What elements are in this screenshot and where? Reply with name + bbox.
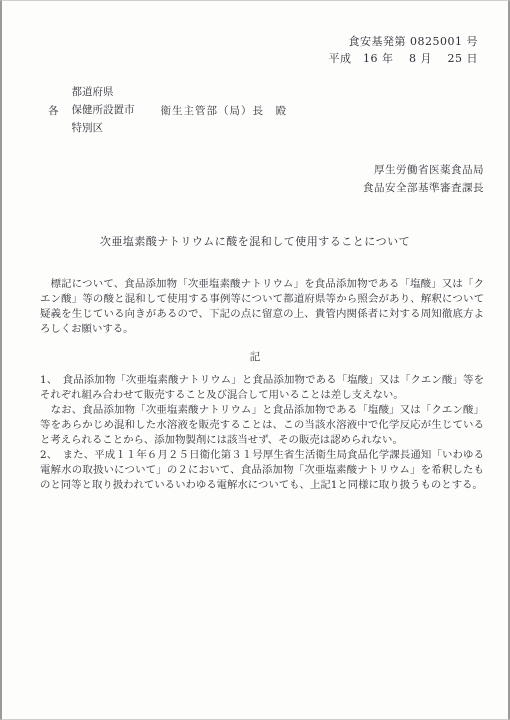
ki-mark: 記 bbox=[2, 349, 508, 364]
addressee-groups: 都道府県 保健所設置市 特別区 bbox=[72, 83, 135, 137]
addressee-group-wards: 特別区 bbox=[72, 119, 135, 137]
sender-division-chief: 食品安全部基準審査課長 bbox=[2, 179, 484, 197]
doc-number: 食安基発第 0825001 号 bbox=[2, 33, 478, 50]
document-title: 次亜塩素酸ナトリウムに酸を混和して使用することについて bbox=[22, 233, 488, 249]
notice-items: 1、 食品添加物「次亜塩素酸ナトリウム」と食品添加物である「塩酸」又は「クエン酸… bbox=[40, 373, 484, 493]
document-page: 食安基発第 0825001 号 平成 16 年 8 月 25 日 各 都道府県 … bbox=[0, 0, 510, 720]
addressee-suffix: 衛生主管部（局）長 殿 bbox=[161, 103, 288, 118]
sender-block: 厚生労働省医薬食品局 食品安全部基準審査課長 bbox=[2, 161, 484, 197]
addressee-group-cities: 保健所設置市 bbox=[72, 101, 135, 119]
sender-bureau: 厚生労働省医薬食品局 bbox=[2, 161, 484, 179]
item-2-paragraph: 2、 また、平成１１年６月２５日衛化第３１号厚生省生活衛生局食品化学課長通知「い… bbox=[40, 448, 484, 493]
addressee-block: 各 都道府県 保健所設置市 特別区 衛生主管部（局）長 殿 bbox=[48, 83, 508, 137]
document-header: 食安基発第 0825001 号 平成 16 年 8 月 25 日 bbox=[2, 33, 478, 67]
item-1-paragraph: 1、 食品添加物「次亜塩素酸ナトリウム」と食品添加物である「塩酸」又は「クエン酸… bbox=[40, 373, 484, 403]
body-intro-section: 標記について、食品添加物「次亜塩素酸ナトリウム」を食品添加物である「塩酸」又は「… bbox=[40, 277, 484, 337]
addressee-prefix: 各 bbox=[48, 103, 59, 118]
addressee-group-prefectures: 都道府県 bbox=[72, 83, 135, 101]
item-1-note-paragraph: なお、食品添加物「次亜塩素酸ナトリウム」と食品添加物である「塩酸」又は「クエン酸… bbox=[40, 403, 484, 448]
doc-date: 平成 16 年 8 月 25 日 bbox=[2, 50, 478, 67]
intro-paragraph: 標記について、食品添加物「次亜塩素酸ナトリウム」を食品添加物である「塩酸」又は「… bbox=[40, 277, 484, 337]
